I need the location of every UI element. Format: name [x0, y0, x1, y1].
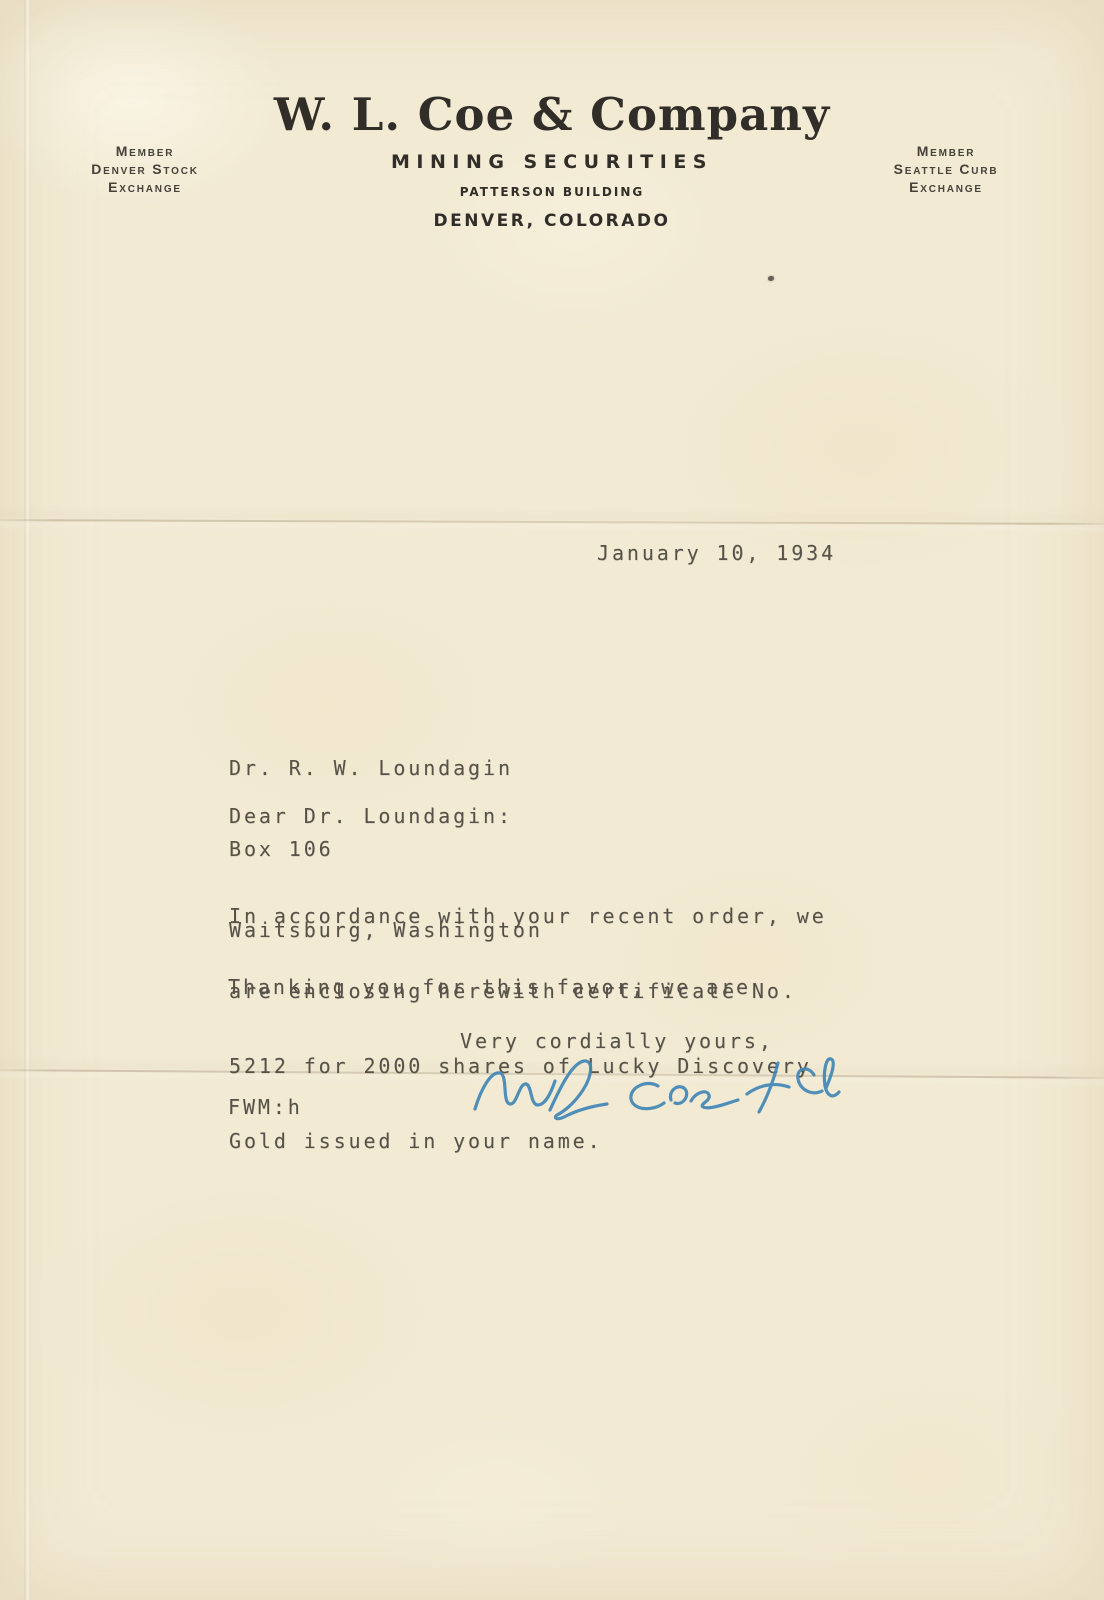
- fold-line-top: [0, 519, 1104, 525]
- letter-page: Member Denver Stock Exchange W. L. Coe &…: [0, 0, 1104, 1600]
- body-line: In accordance with your recent order, we: [229, 904, 827, 929]
- body-paragraph-2: Thanking you for this favor, we are: [228, 977, 751, 997]
- city-line: DENVER, COLORADO: [0, 211, 1104, 231]
- vertical-crease: [24, 0, 31, 1600]
- signature-handwriting: [462, 1052, 842, 1132]
- company-name: W. L. Coe & Company: [0, 88, 1104, 141]
- date-line: January 10, 1934: [597, 543, 836, 563]
- member-right-block: Member Seattle Curb Exchange: [851, 142, 1041, 196]
- salutation: Dear Dr. Loundagin:: [229, 806, 513, 826]
- member-line: Member: [851, 142, 1041, 160]
- complimentary-close: Very cordially yours,: [460, 1031, 774, 1051]
- typist-initials: FWM:h: [228, 1097, 303, 1117]
- body-line: Gold issued in your name.: [229, 1129, 827, 1154]
- recipient-line: Dr. R. W. Loundagin: [229, 755, 543, 782]
- member-line: Exchange: [851, 178, 1041, 196]
- member-line: Seattle Curb: [851, 160, 1041, 178]
- ink-speck: [768, 276, 774, 281]
